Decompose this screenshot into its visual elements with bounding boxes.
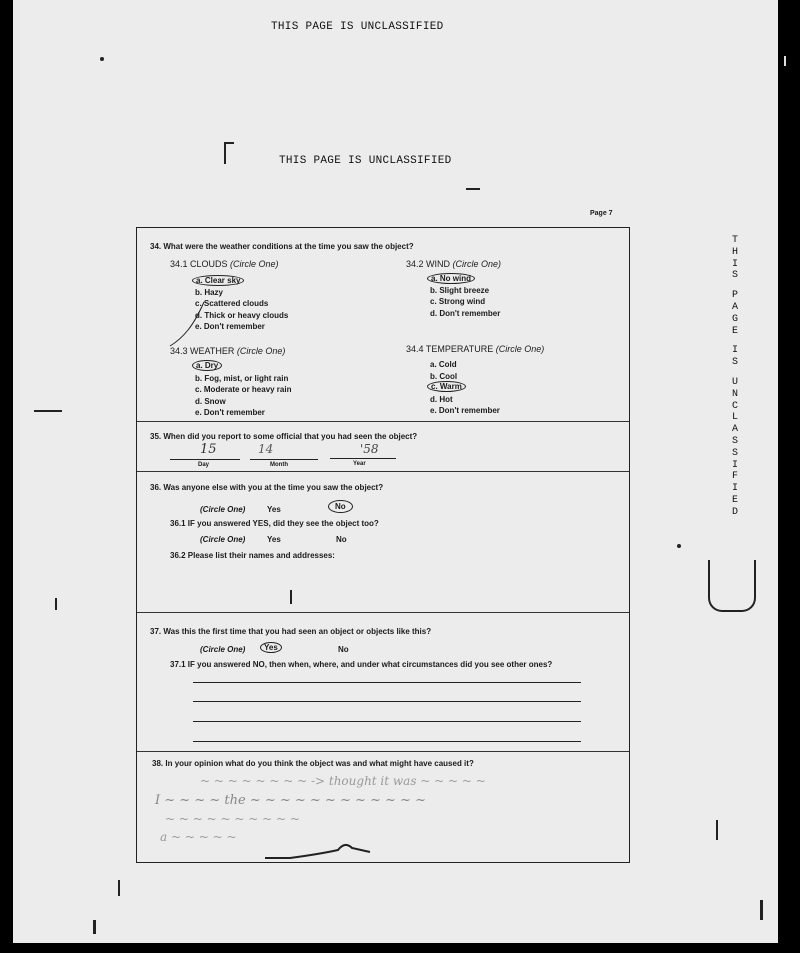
q37-instruction: (Circle One) [200,645,245,654]
answer-line-2[interactable] [193,701,581,702]
divider-q37 [137,751,629,752]
clouds-heading: 34.1 CLOUDS (Circle One) [170,259,279,269]
wind-heading: 34.2 WIND (Circle One) [406,259,501,269]
speck [118,880,120,896]
q37-no-option[interactable]: No [338,645,349,654]
q36-1-no-option[interactable]: No [336,535,347,544]
temperature-option-d[interactable]: d. Hot [430,395,453,404]
wind-option-d[interactable]: d. Don't remember [430,309,500,318]
wind-option-b[interactable]: b. Slight breeze [430,286,489,295]
clouds-option-b[interactable]: b. Hazy [195,288,223,297]
speck [677,544,681,548]
speck [34,410,62,412]
clouds-option-d[interactable]: d. Thick or heavy clouds [195,311,288,320]
ink-scribble-mark [260,838,380,863]
handwritten-answer-line-2: I ~ ~ ~ ~ the ~ ~ ~ ~ ~ ~ ~ ~ ~ ~ ~ ~ [155,793,426,808]
handwritten-answer-line-1: ~ ~ ~ ~ ~ ~ ~ ~ -> thought it was ~ ~ ~ … [200,774,486,788]
speck [224,142,234,144]
speck [55,598,57,610]
vertical-classification-stamp: T H I S P A G E I S U N C L A S S I F I … [730,235,740,519]
answer-line-4[interactable] [193,741,581,742]
month-label: Month [270,462,288,468]
temperature-option-c[interactable]: c. Warm [427,382,466,391]
year-field-line [330,458,396,459]
handwritten-answer-line-3: ~ ~ ~ ~ ~ ~ ~ ~ ~ ~ [165,812,300,826]
clouds-option-a[interactable]: a. Clear sky [192,276,244,285]
divider-q35 [137,471,629,472]
q36-no-option[interactable]: No [328,502,353,511]
weather-option-e[interactable]: e. Don't remember [195,408,265,417]
weather-option-a[interactable]: a. Dry [192,361,222,370]
page-number: Page 7 [590,210,613,217]
handwritten-answer-line-4: a ~ ~ ~ ~ ~ [160,830,237,844]
answer-line-3[interactable] [193,721,581,722]
weather-option-d[interactable]: d. Snow [195,397,226,406]
day-field-line [170,459,240,460]
report-day-value[interactable]: 15 [200,442,217,457]
divider-q36 [137,612,629,613]
q36-1-instruction: (Circle One) [200,535,245,544]
q36-instruction: (Circle One) [200,505,245,514]
speck [716,820,718,840]
month-field-line [250,459,318,460]
speck [100,57,104,61]
classification-header: THIS PAGE IS UNCLASSIFIED [279,155,452,167]
pen-stroke-mark [168,300,208,350]
day-label: Day [198,462,209,468]
speck [93,920,96,934]
q37-yes-option[interactable]: Yes [260,643,282,652]
question-36: 36. Was anyone else with you at the time… [150,483,383,492]
question-37-1: 37.1 IF you answered NO, then when, wher… [170,660,552,669]
q36-yes-option[interactable]: Yes [267,505,281,514]
classification-header-top: THIS PAGE IS UNCLASSIFIED [271,21,444,33]
answer-line-1[interactable] [193,682,581,683]
temperature-option-e[interactable]: e. Don't remember [430,406,500,415]
temperature-heading: 34.4 TEMPERATURE (Circle One) [406,344,544,354]
weather-heading: 34.3 WEATHER (Circle One) [170,346,285,356]
speck [290,590,292,604]
report-year-value[interactable]: '58 [360,442,379,456]
question-36-2: 36.2 Please list their names and address… [170,551,335,560]
wind-option-c[interactable]: c. Strong wind [430,297,485,306]
question-36-1: 36.1 IF you answered YES, did they see t… [170,519,379,528]
q36-1-yes-option[interactable]: Yes [267,535,281,544]
temperature-option-a[interactable]: a. Cold [430,360,457,369]
question-38: 38. In your opinion what do you think th… [152,759,474,768]
question-37: 37. Was this the first time that you had… [150,627,431,636]
temperature-option-b[interactable]: b. Cool [430,372,457,381]
speck [466,188,480,190]
margin-bracket-mark [708,560,756,612]
weather-option-b[interactable]: b. Fog, mist, or light rain [195,374,288,383]
year-label: Year [353,461,366,467]
question-35: 35. When did you report to some official… [150,432,417,441]
report-month-value[interactable]: 14 [258,442,273,456]
speck [224,142,226,164]
divider-q34 [137,421,629,422]
question-34: 34. What were the weather conditions at … [150,242,414,251]
weather-option-c[interactable]: c. Moderate or heavy rain [195,385,291,394]
speck [760,900,763,920]
wind-option-a[interactable]: a. No wind [427,274,475,283]
speck [784,56,786,66]
